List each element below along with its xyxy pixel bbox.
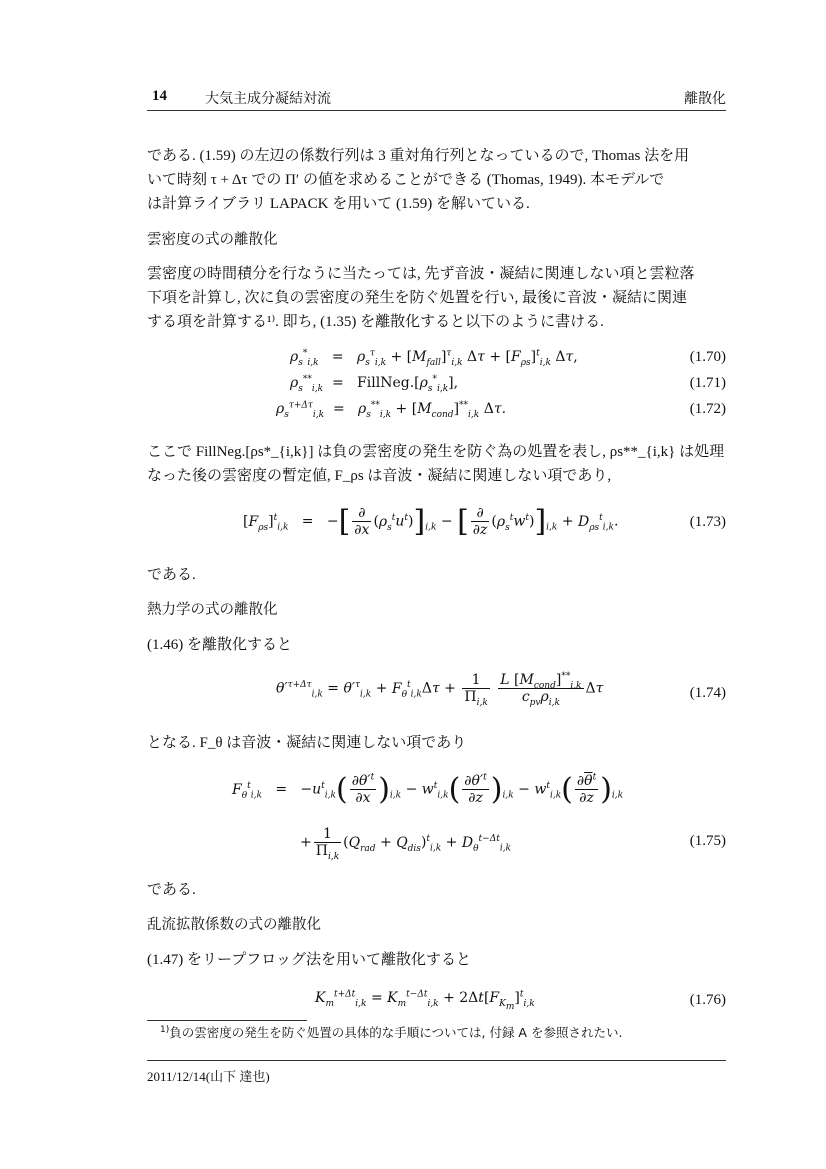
section-heading-cloud: 雲密度の式の離散化 <box>147 228 278 249</box>
cloud-explain-paragraph: ここで FillNeg.[ρs*_{i,k}] は負の雲密度の発生を防ぐ為の処置… <box>147 440 726 488</box>
equation-1-71: ρs**i,k = FillNeg.[ρs*i,k], <box>290 375 458 391</box>
equation-1-72: ρsτ+Δτi,k = ρs**i,k + [Mcond]**i,k Δτ. <box>276 401 506 417</box>
equation-1-75-line1: Fθti,k = −uti,k(∂θ′t∂x)i,k − wti,k(∂θ′t∂… <box>232 772 623 807</box>
equation-1-74: θ′τ+Δτi,k = θ′τi,k + Fθti,kΔτ + 1Πi,k L … <box>276 672 603 705</box>
footnote-text: 負の雲密度の発生を防ぐ処置の具体的な手順については, 付録 A を参照されたい. <box>169 1025 622 1040</box>
text-line: いて時刻 τ + Δτ での Π′ の値を求めることができる (Thomas, … <box>147 168 726 192</box>
section-heading-turbulence: 乱流拡散係数の式の離散化 <box>147 913 321 934</box>
equation-1-73: [Fρs]ti,k = −[∂∂x(ρstut)]i,k − [∂∂z(ρstw… <box>243 504 618 539</box>
text-line: ここで FillNeg.[ρs*_{i,k}] は負の雲密度の発生を防ぐ為の処置… <box>147 440 726 464</box>
equation-number: (1.75) <box>690 833 726 850</box>
text-line: は計算ライブラリ LAPACK を用いて (1.59) を解いている. <box>147 192 726 216</box>
page-footer: 2011/12/14(山下 達也) <box>147 1066 270 1085</box>
equation-number: (1.76) <box>690 992 726 1009</box>
text-line: (1.47) をリープフロッグ法を用いて離散化すると <box>147 948 726 972</box>
equation-number: (1.73) <box>690 514 726 531</box>
cloud-closing: である. <box>147 563 726 587</box>
text-line: である. <box>147 878 726 902</box>
text-line: 雲密度の時間積分を行なうに当たっては, 先ず音波・凝結に関連しない項と雲粒落 <box>147 262 726 286</box>
equation-1-75-line2: +1Πi,k(Qrad + Qdis)ti,k + Dθt−Δti,k <box>300 826 511 859</box>
text-line: である. (1.59) の左辺の係数行列は 3 重対角行列となっているので, T… <box>147 144 726 168</box>
turb-lead: (1.47) をリープフロッグ法を用いて離散化すると <box>147 948 726 972</box>
text-line: (1.46) を離散化すると <box>147 633 726 657</box>
intro-paragraph: である. (1.59) の左辺の係数行列は 3 重対角行列となっているので, T… <box>147 144 726 216</box>
equation-number: (1.74) <box>690 685 726 702</box>
section-title: 離散化 <box>684 88 726 108</box>
text-line: なった後の雲密度の暫定値, F_ρs は音波・凝結に関連しない項であり, <box>147 464 726 488</box>
text-line: 下項を計算し, 次に負の雲密度の発生を防ぐ処置を行い, 最後に音波・凝結に関連 <box>147 286 726 310</box>
page-header: 14 大気主成分凝結対流 離散化 <box>147 88 726 110</box>
equation-1-76: Kmt+Δti,k = Kmt−Δti,k + 2Δt[FKm]ti,k <box>315 990 535 1007</box>
section-heading-thermo: 熱力学の式の離散化 <box>147 598 278 619</box>
equation-number: (1.71) <box>690 375 726 392</box>
text-line: する項を計算する¹⁾. 即ち, (1.35) を離散化すると以下のように書ける. <box>147 310 726 334</box>
cloud-paragraph: 雲密度の時間積分を行なうに当たっては, 先ず音波・凝結に関連しない項と雲粒落 下… <box>147 262 726 334</box>
footnote-rule <box>147 1020 307 1021</box>
equation-number: (1.72) <box>690 401 726 418</box>
text-line: となる. F_θ は音波・凝結に関連しない項であり <box>147 731 726 755</box>
page-number: 14 <box>152 88 167 105</box>
footnote-mark: 1) <box>160 1025 169 1035</box>
text-line: である. <box>147 563 726 587</box>
header-rule <box>147 110 726 111</box>
equation-1-70: ρs*i,k = ρsτi,k + [Mfall]τi,k Δτ + [Fρs]… <box>290 349 578 365</box>
chapter-title: 大気主成分凝結対流 <box>205 88 331 108</box>
thermo-mid: となる. F_θ は音波・凝結に関連しない項であり <box>147 731 726 755</box>
thermo-closing: である. <box>147 878 726 902</box>
footer-rule <box>147 1060 726 1061</box>
thermo-lead: (1.46) を離散化すると <box>147 633 726 657</box>
equation-number: (1.70) <box>690 349 726 366</box>
footnote: 1)負の雲密度の発生を防ぐ処置の具体的な手順については, 付録 A を参照された… <box>160 1023 622 1041</box>
